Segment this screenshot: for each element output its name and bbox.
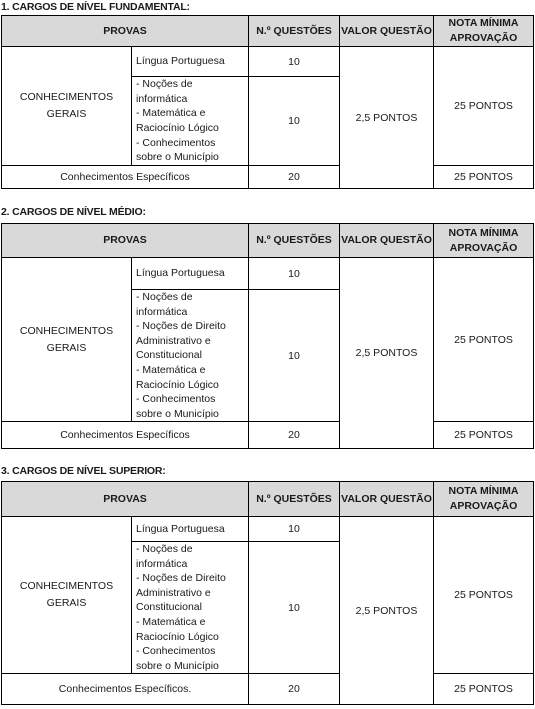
table-row: CONHECIMENTOS GERAIS Língua Portuguesa 1… — [2, 517, 534, 542]
questoes-cell: 10 — [249, 517, 340, 542]
header-valor: VALOR QUESTÃO — [340, 224, 434, 258]
subject-cell: - Noções deinformática- Noções de Direit… — [132, 290, 249, 422]
header-nota: NOTA MÍNIMA APROVAÇÃO — [434, 482, 534, 517]
group-label: CONHECIMENTOS GERAIS — [2, 517, 132, 674]
especificos-label: Conhecimentos Específicos — [2, 422, 249, 449]
especificos-label: Conhecimentos Específicos. — [2, 674, 249, 705]
subject-line: - Matemática e — [136, 363, 248, 378]
header-row: PROVAS N.º QUESTÕES VALOR QUESTÃO NOTA M… — [2, 16, 534, 47]
exam-table: PROVAS N.º QUESTÕES VALOR QUESTÃO NOTA M… — [1, 481, 534, 705]
exam-table: PROVAS N.º QUESTÕES VALOR QUESTÃO NOTA M… — [1, 223, 534, 449]
table-row: Conhecimentos Específicos 20 25 PONTOS — [2, 422, 534, 449]
table-row: Conhecimentos Específicos. 20 25 PONTOS — [2, 674, 534, 705]
subject-line: - Conhecimentos — [136, 392, 248, 407]
header-questoes: N.º QUESTÕES — [249, 224, 340, 258]
table-row: CONHECIMENTOS GERAIS Língua Portuguesa 1… — [2, 258, 534, 290]
header-nota: NOTA MÍNIMA APROVAÇÃO — [434, 224, 534, 258]
subject-line: Raciocínio Lógico — [136, 378, 248, 393]
subject-line: - Noções de — [136, 77, 248, 92]
subject-line: Raciocínio Lógico — [136, 630, 248, 645]
questoes-cell: 10 — [249, 290, 340, 422]
valor-cell: 2,5 PONTOS — [340, 517, 434, 705]
subject-line: Constitucional — [136, 600, 248, 615]
valor-cell: 2,5 PONTOS — [340, 258, 434, 449]
group-label: CONHECIMENTOS GERAIS — [2, 258, 132, 422]
subject-cell: - Noções deinformática- Noções de Direit… — [132, 542, 249, 674]
header-provas: PROVAS — [2, 224, 249, 258]
subject-line: - Noções de — [136, 290, 248, 305]
subject-line: Administrativo e — [136, 586, 248, 601]
group-label: CONHECIMENTOS GERAIS — [2, 47, 132, 166]
questoes-cell: 10 — [249, 47, 340, 77]
header-questoes: N.º QUESTÕES — [249, 16, 340, 47]
nota-cell: 25 PONTOS — [434, 517, 534, 674]
questoes-cell: 10 — [249, 77, 340, 166]
header-provas: PROVAS — [2, 482, 249, 517]
table-row: CONHECIMENTOS GERAIS Língua Portuguesa 1… — [2, 47, 534, 77]
subject-cell: - Noções deinformática- Matemática eRaci… — [132, 77, 249, 166]
subject-cell: Língua Portuguesa — [132, 258, 249, 290]
subject-line: Língua Portuguesa — [136, 267, 225, 279]
subject-line: informática — [136, 557, 248, 572]
subject-line: - Matemática e — [136, 615, 248, 630]
table-row: Conhecimentos Específicos 20 25 PONTOS — [2, 166, 534, 189]
subject-cell: Língua Portuguesa — [132, 47, 249, 77]
header-provas: PROVAS — [2, 16, 249, 47]
subject-cell: Língua Portuguesa — [132, 517, 249, 542]
subject-line: Língua Portuguesa — [136, 55, 225, 67]
especificos-label: Conhecimentos Específicos — [2, 166, 249, 189]
nota-cell: 25 PONTOS — [434, 422, 534, 449]
header-nota: NOTA MÍNIMA APROVAÇÃO — [434, 16, 534, 47]
questoes-cell: 10 — [249, 542, 340, 674]
section-title: 2. CARGOS DE NÍVEL MÉDIO: — [1, 206, 146, 218]
questoes-cell: 20 — [249, 166, 340, 189]
nota-cell: 25 PONTOS — [434, 258, 534, 422]
subject-line: sobre o Município — [136, 150, 248, 165]
nota-cell: 25 PONTOS — [434, 47, 534, 166]
subject-line: Raciocínio Lógico — [136, 121, 248, 136]
subject-line: - Noções de Direito — [136, 319, 248, 334]
questoes-cell: 20 — [249, 422, 340, 449]
subject-line: - Noções de — [136, 542, 248, 557]
questoes-cell: 20 — [249, 674, 340, 705]
subject-line: Língua Portuguesa — [136, 523, 225, 535]
header-questoes: N.º QUESTÕES — [249, 482, 340, 517]
subject-line: - Conhecimentos — [136, 644, 248, 659]
header-row: PROVAS N.º QUESTÕES VALOR QUESTÃO NOTA M… — [2, 482, 534, 517]
subject-line: informática — [136, 305, 248, 320]
subject-line: Administrativo e — [136, 334, 248, 349]
subject-line: informática — [136, 92, 248, 107]
questoes-cell: 10 — [249, 258, 340, 290]
section-title: 1. CARGOS DE NÍVEL FUNDAMENTAL: — [1, 1, 190, 13]
valor-cell: 2,5 PONTOS — [340, 47, 434, 189]
subject-line: sobre o Município — [136, 407, 248, 422]
nota-cell: 25 PONTOS — [434, 166, 534, 189]
header-valor: VALOR QUESTÃO — [340, 16, 434, 47]
subject-line: - Conhecimentos — [136, 136, 248, 151]
subject-line: sobre o Município — [136, 659, 248, 674]
subject-line: - Noções de Direito — [136, 571, 248, 586]
header-valor: VALOR QUESTÃO — [340, 482, 434, 517]
subject-line: - Matemática e — [136, 106, 248, 121]
section-title: 3. CARGOS DE NÍVEL SUPERIOR: — [1, 465, 166, 477]
subject-line: Constitucional — [136, 348, 248, 363]
header-row: PROVAS N.º QUESTÕES VALOR QUESTÃO NOTA M… — [2, 224, 534, 258]
nota-cell: 25 PONTOS — [434, 674, 534, 705]
exam-table: PROVAS N.º QUESTÕES VALOR QUESTÃO NOTA M… — [1, 15, 534, 189]
